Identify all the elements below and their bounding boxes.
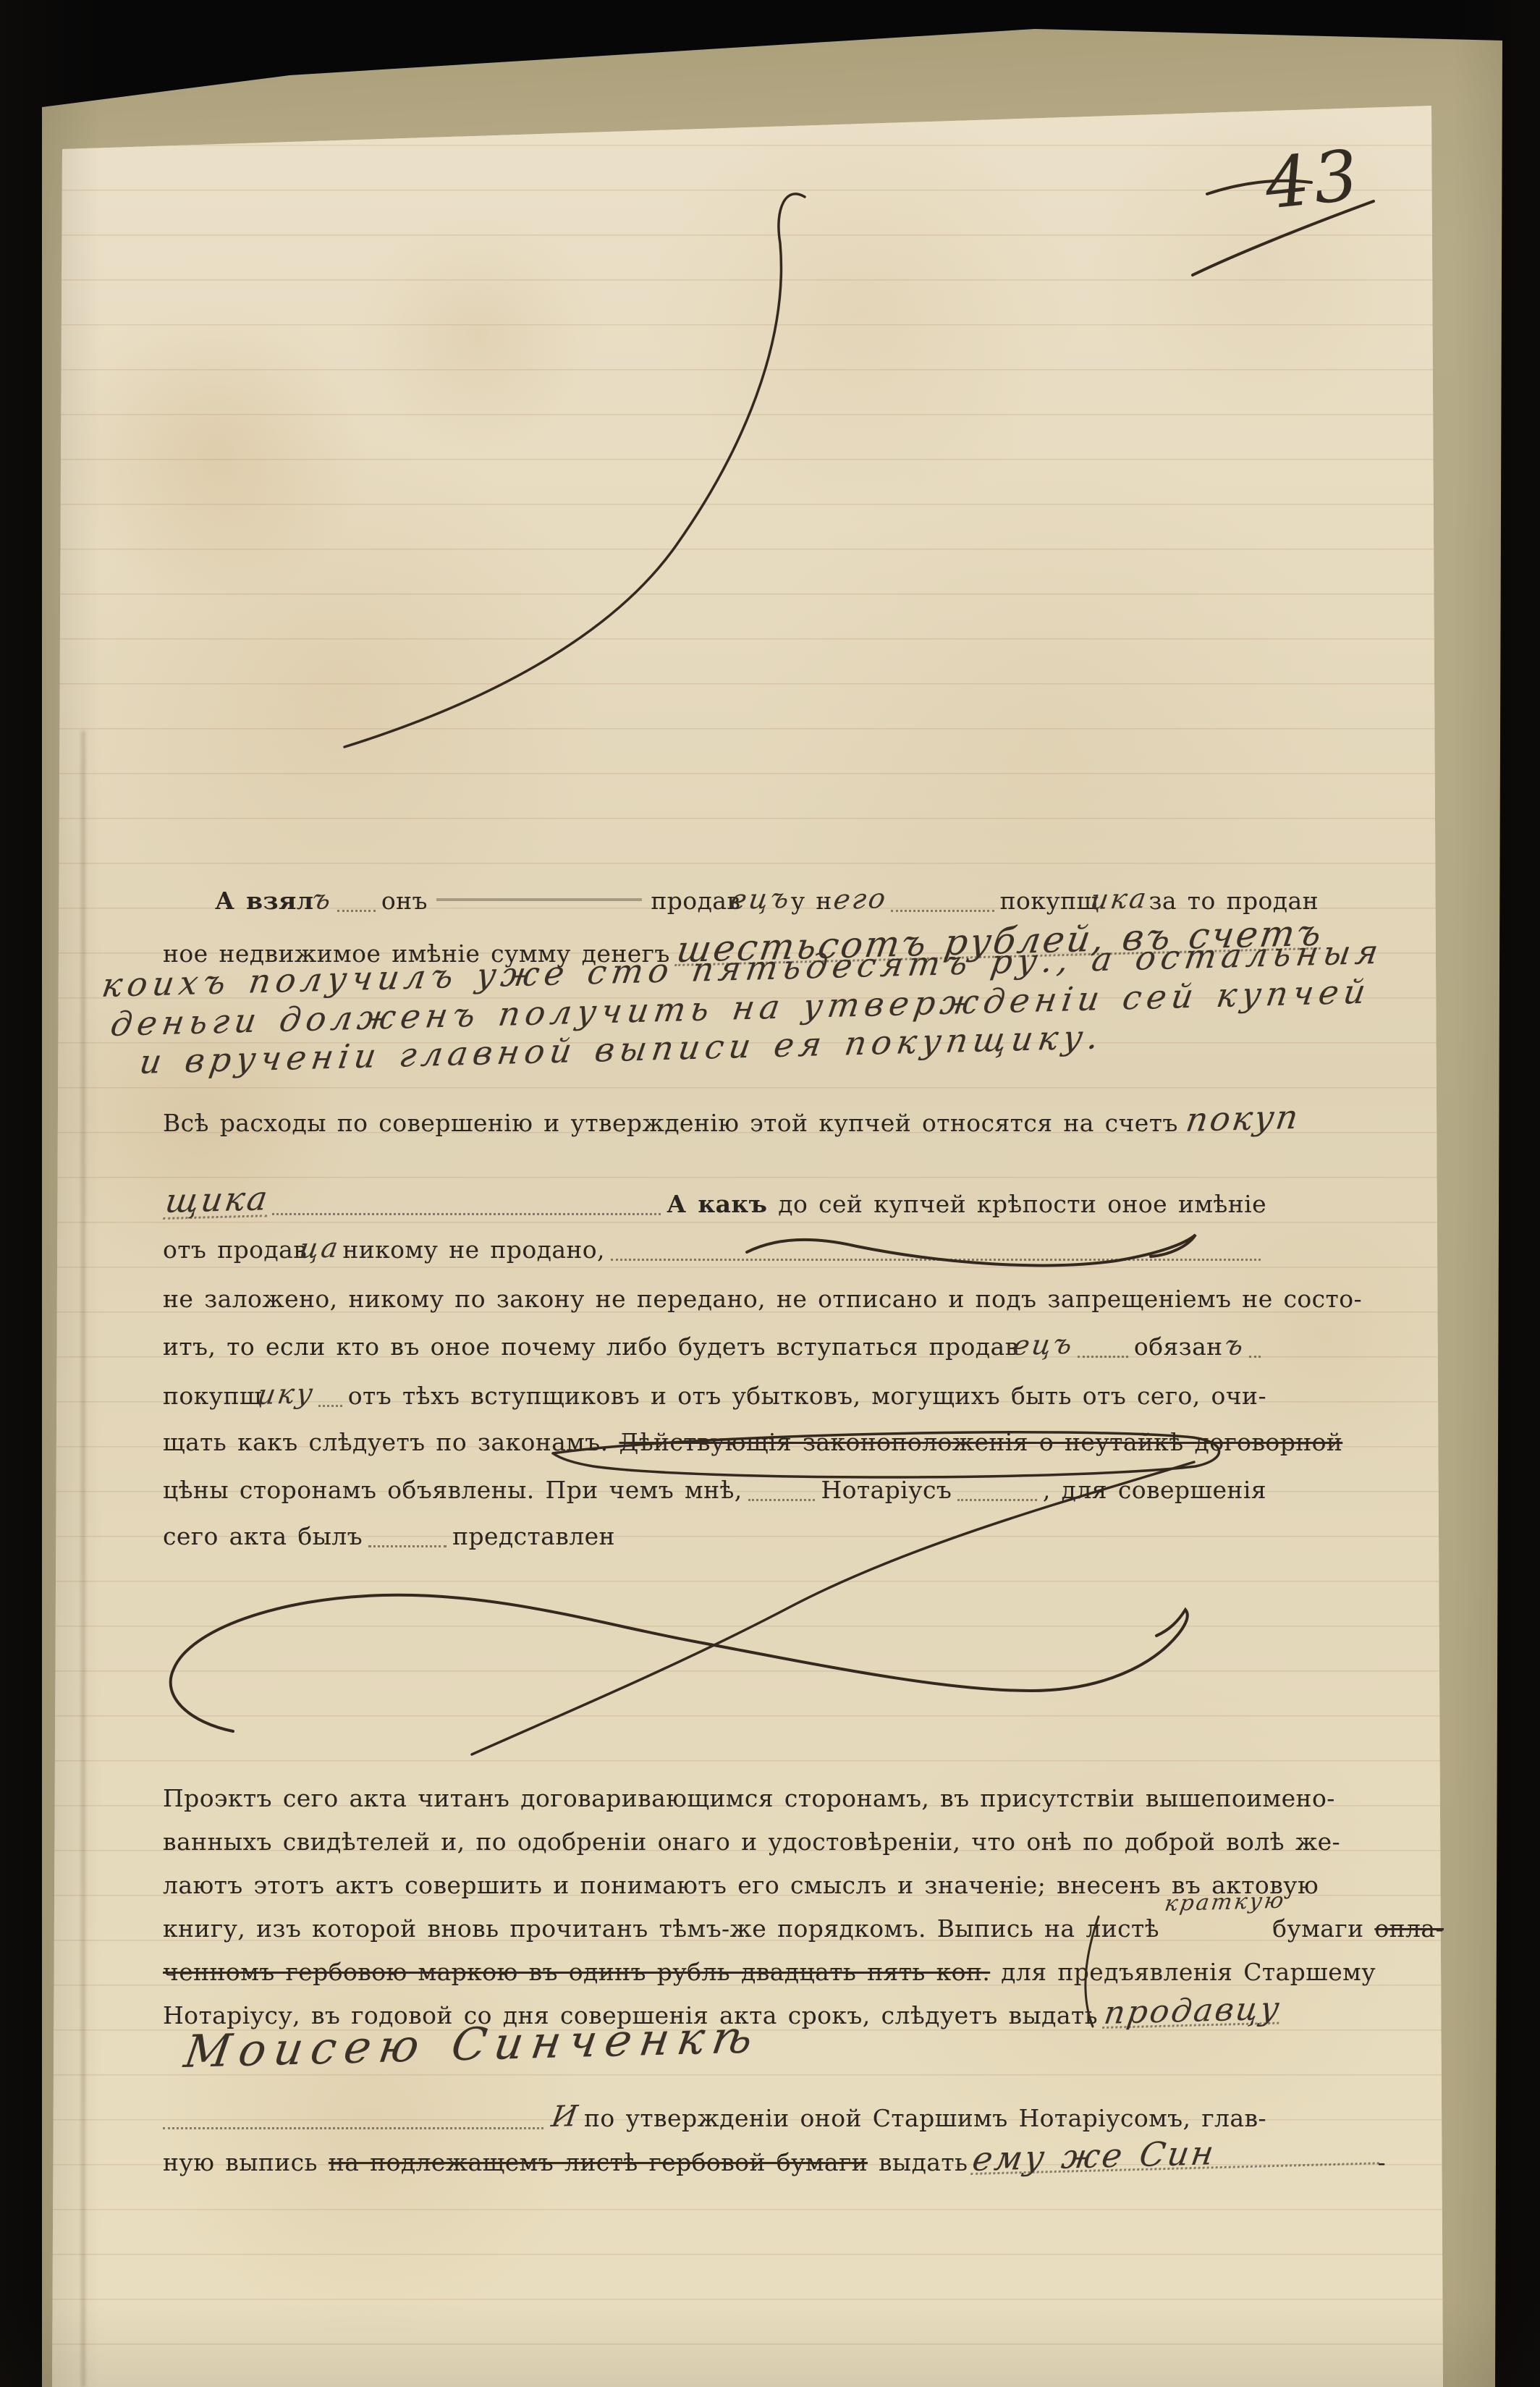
blank-leader (891, 910, 994, 912)
handwritten-line: и врученіи главной выписи ея покупщику. (137, 1045, 1223, 1078)
text-line: итъ, то если кто въ оное почему либо буд… (163, 1330, 1266, 1364)
blank-leader (318, 1405, 342, 1407)
printed-text: Проэктъ сего акта читанъ договаривающимс… (163, 1782, 1335, 1815)
blank-leader (1249, 1356, 1261, 1358)
printed-text: книгу, изъ которой вновь прочитанъ тѣмъ-… (163, 1912, 1159, 1945)
text-line: сего акта былъпредставлен (163, 1520, 1266, 1553)
printed-text: лаютъ этотъ актъ совершить и понимаютъ е… (163, 1869, 1319, 1902)
text-line: книгу, изъ которой вновь прочитанъ тѣмъ-… (163, 1912, 1266, 1947)
printed-text: выдать (879, 2146, 968, 2179)
blank-leader (611, 1259, 1261, 1261)
text-line: отъ продавцаникому не продано, (163, 1233, 1266, 1267)
printed-text: покупщ (163, 1380, 262, 1413)
blank-leader (957, 1499, 1037, 1501)
blank-rule (436, 898, 642, 901)
text-line: не заложено, никому по закону не передан… (163, 1283, 1266, 1316)
printed-text: обязан (1134, 1330, 1223, 1364)
printed-text: до сей купчей крѣпости оное имѣніе (778, 1188, 1266, 1221)
printed-text: А какъ (667, 1188, 767, 1221)
blank-leader (1078, 1356, 1128, 1358)
printed-text-struck: Дѣйствующія законоположенія о неутайкѣ д… (619, 1426, 1342, 1459)
printed-text: А взял (215, 884, 313, 918)
blank-leader (163, 2127, 543, 2129)
handwriting: ецъ (729, 887, 792, 911)
handwriting: щика (163, 1181, 272, 1220)
printed-text: покупщ (1000, 884, 1099, 918)
printed-text: сего акта былъ (163, 1520, 363, 1553)
handwriting: ему же Син (970, 2134, 1384, 2175)
handwriting: ца (298, 1237, 342, 1259)
handwriting: ъ (310, 888, 334, 911)
text-line: ченномъ гербовою маркою въ одинъ рубль д… (163, 1956, 1266, 1989)
text-line: ную выпись на подлежащемъ листѣ гербовой… (163, 2145, 1386, 2179)
printed-text-struck: ченномъ гербовою маркою въ одинъ рубль д… (163, 1956, 990, 1989)
scanned-document: 43 А взялъонъпродавецъу негопокупщиказа … (0, 0, 1540, 2387)
printed-text: по утвержденіи оной Старшимъ Нотаріусомъ… (584, 2102, 1266, 2135)
text-line: ванныхъ свидѣтелей и, по одобреніи онаго… (163, 1825, 1266, 1859)
text-line: Проэктъ сего акта читанъ договаривающимс… (163, 1782, 1266, 1815)
printed-text: Нотаріусъ (821, 1474, 952, 1507)
text-line: цѣны сторонамъ объявлены. При чемъ мнѣ,Н… (163, 1474, 1266, 1507)
text-line: Ипо утвержденіи оной Старшимъ Нотаріусом… (163, 2100, 1266, 2135)
printed-text: для предъявленія Старшему (1001, 1956, 1376, 1989)
handwriting: И (549, 2100, 582, 2134)
text-line: лаютъ этотъ актъ совершить и понимаютъ е… (163, 1869, 1266, 1902)
printed-text: у н (791, 884, 832, 918)
handwritten-line: Моисею Синченкѣ (182, 2035, 978, 2069)
printed-text: не заложено, никому по закону не передан… (163, 1283, 1362, 1316)
handwriting: продавцу (1102, 1996, 1283, 2029)
printed-text: цѣны сторонамъ объявлены. При чемъ мнѣ, (163, 1474, 742, 1507)
handwriting: его (832, 887, 889, 911)
printed-text: бумаги (1272, 1912, 1363, 1945)
handwriting: ику (256, 1382, 316, 1406)
printed-text: продав (651, 884, 740, 918)
blank-leader (368, 1545, 447, 1547)
printed-text: отъ продав (163, 1233, 307, 1267)
text-line: щикаА какъ до сей купчей крѣпости оное и… (163, 1184, 1266, 1221)
handwriting: покуп (1184, 1100, 1303, 1136)
text-line: щать какъ слѣдуетъ по законамъ. Дѣйствую… (163, 1426, 1266, 1459)
blank-leader (748, 1499, 816, 1501)
printed-text-struck: опла- (1374, 1912, 1444, 1945)
handwriting: ецъ (1012, 1333, 1075, 1356)
handwritten-name: Моисею Синченкѣ (182, 2020, 763, 2069)
printed-text: онъ (381, 884, 428, 918)
printed-text: представлен (452, 1520, 615, 1553)
printed-text-struck: на подлежащемъ листѣ гербовой бумаги (329, 2146, 868, 2179)
printed-text: никому не продано, (342, 1233, 605, 1267)
printed-text: , для совершенія (1043, 1474, 1266, 1507)
blank-leader (337, 910, 376, 912)
text-line: Всѣ расходы по совершенію и утвержденію … (163, 1103, 1266, 1140)
page-number: 43 (1261, 134, 1366, 224)
text-line: А взялъонъпродавецъу негопокупщиказа то … (163, 884, 1319, 918)
printed-text: отъ тѣхъ вступщиковъ и отъ убытковъ, мог… (348, 1380, 1266, 1413)
handwriting: ъ (1223, 1334, 1247, 1356)
blank-leader (272, 1213, 661, 1215)
handwriting: ика (1089, 887, 1150, 911)
handwritten-insertion: краткую (1162, 1885, 1288, 1921)
printed-text: Всѣ расходы по совершенію и утвержденію … (163, 1107, 1178, 1140)
printed-text: ную выпись (163, 2146, 318, 2179)
printed-text: ванныхъ свидѣтелей и, по одобреніи онаго… (163, 1825, 1340, 1859)
text-line: покупщикуотъ тѣхъ вступщиковъ и отъ убыт… (163, 1380, 1266, 1413)
printed-text: итъ, то если кто въ оное почему либо буд… (163, 1330, 1019, 1364)
sheet-edge-shadow (81, 731, 85, 2387)
printed-text: щать какъ слѣдуетъ по законамъ. (163, 1426, 609, 1459)
